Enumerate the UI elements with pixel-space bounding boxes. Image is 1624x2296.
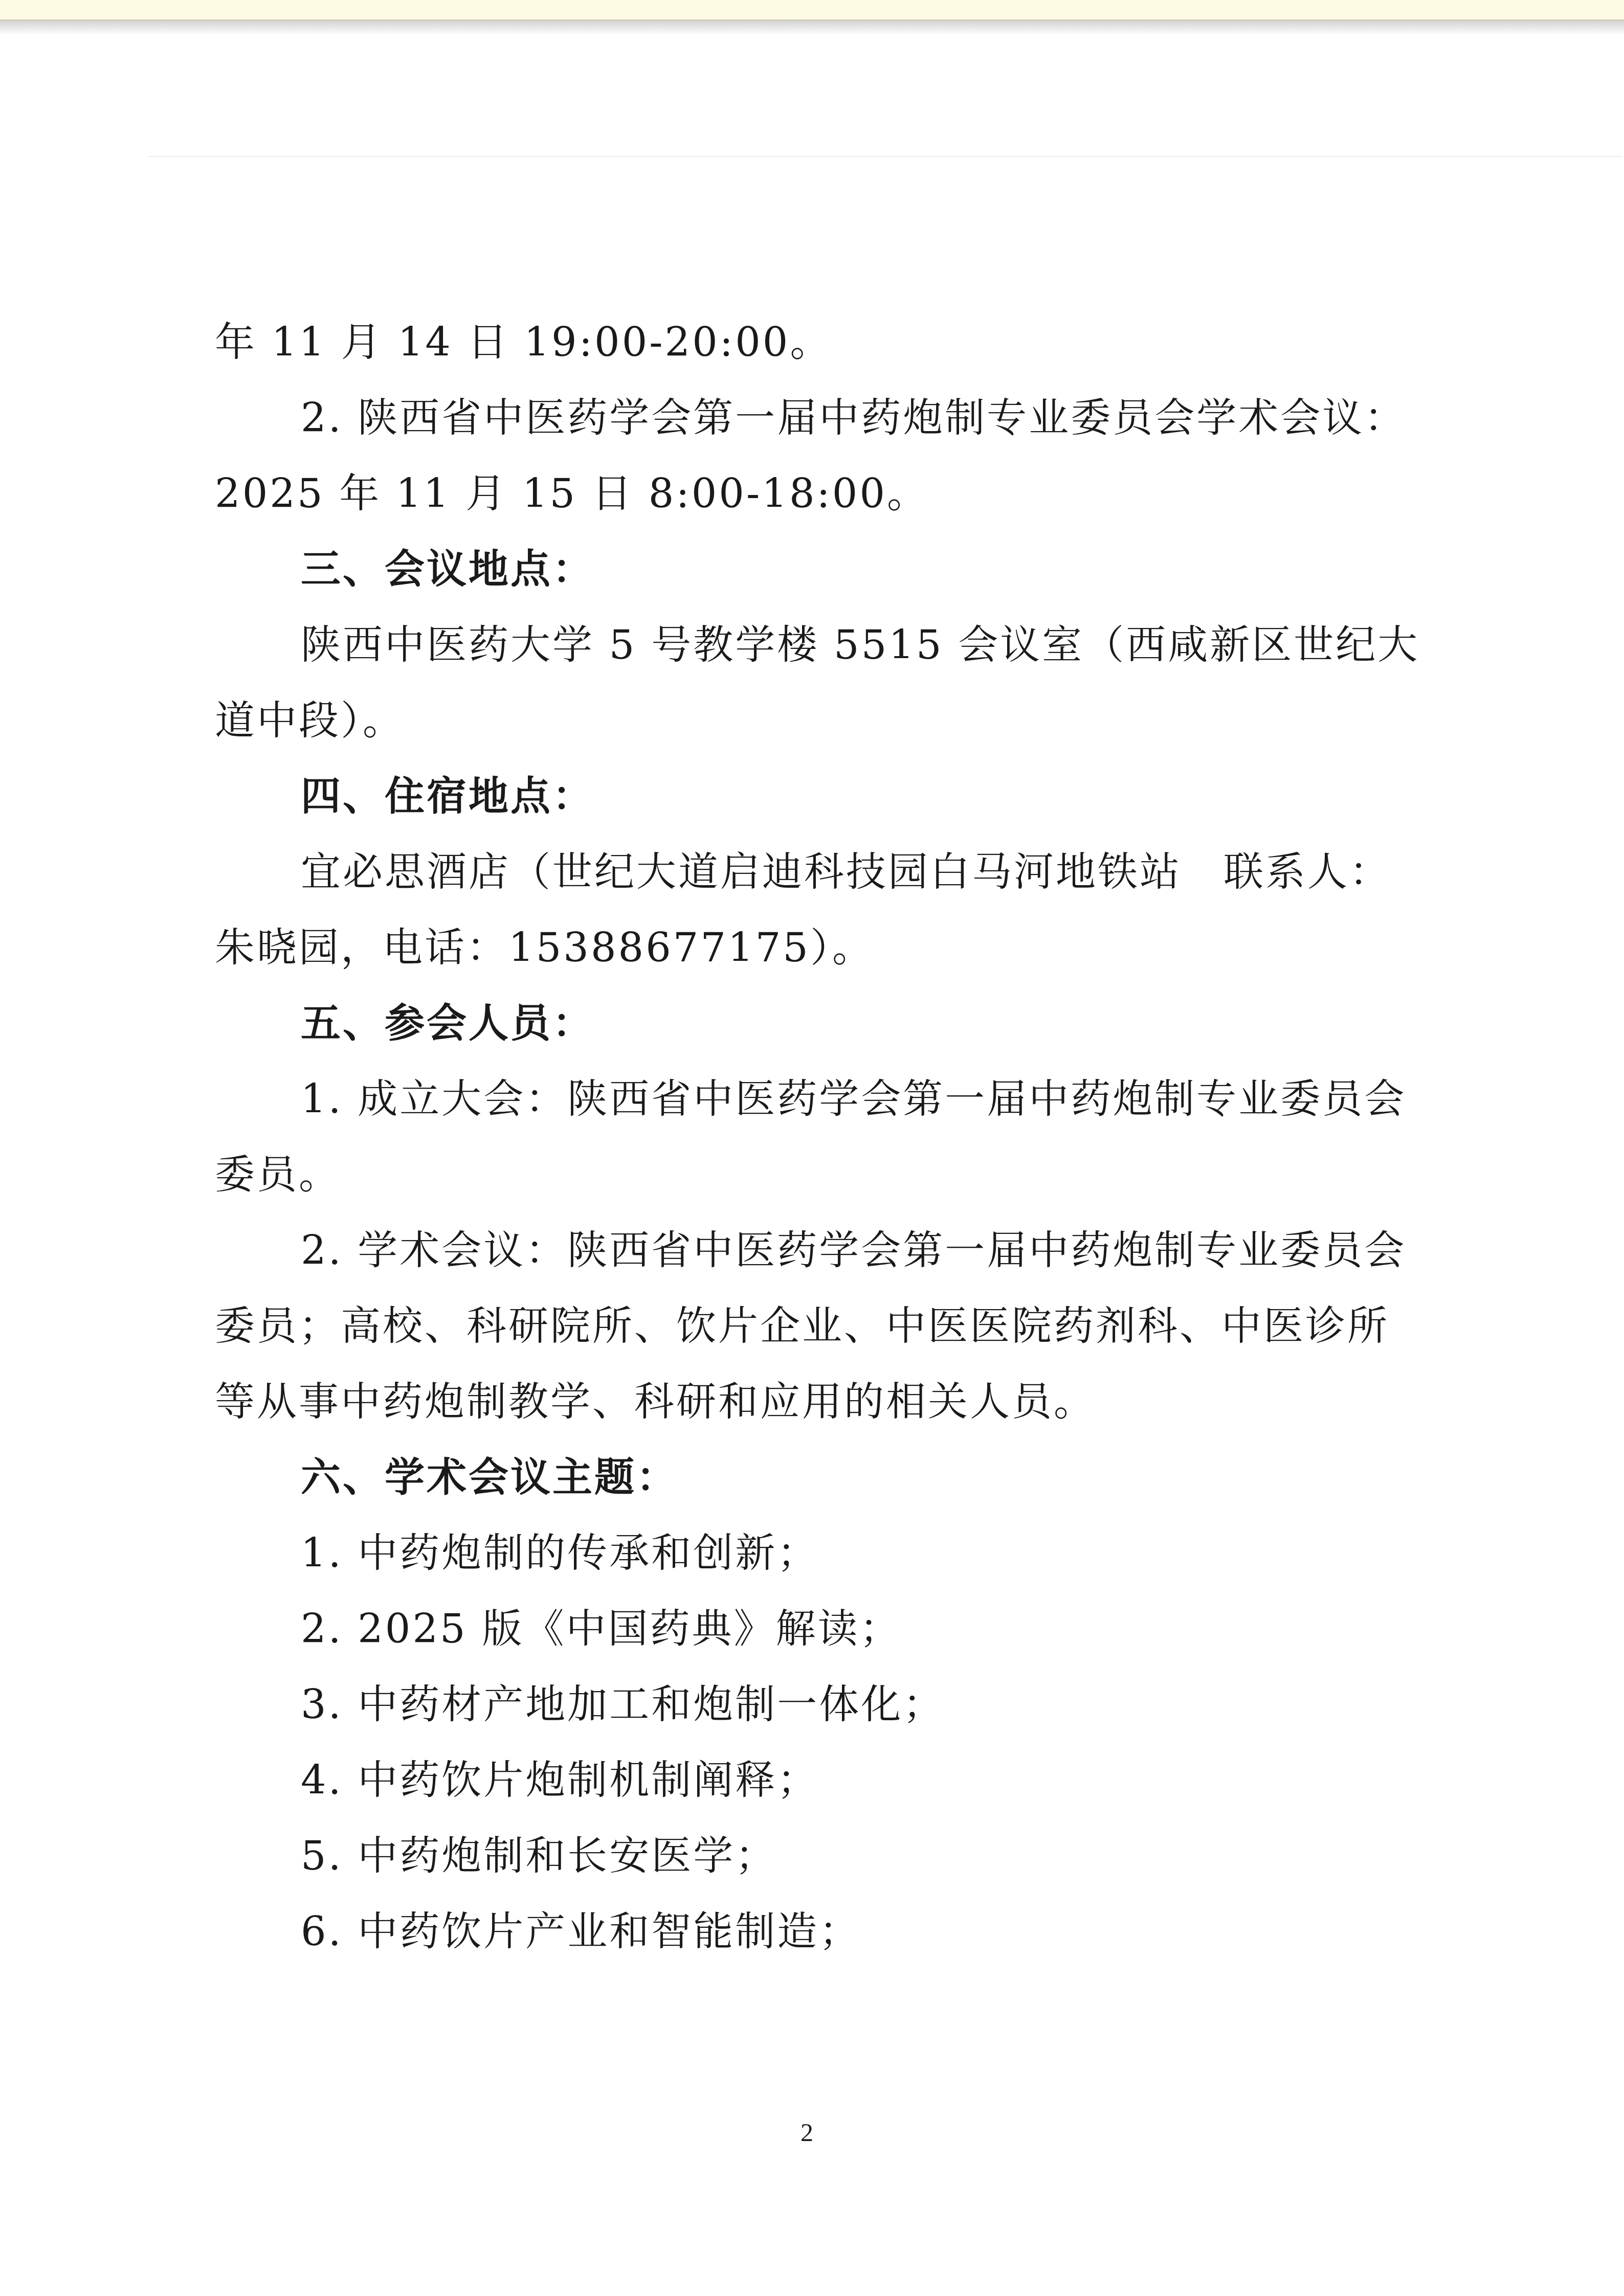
text-line: 委员。 [215,1150,341,1201]
list-item-theme: 1. 中药炮制的传承和创新； [301,1528,819,1579]
section-heading-venue: 三、会议地点： [301,544,594,595]
text-line: 朱晓园，电话：15388677175）。 [215,922,874,974]
text-line: 陕西中医药大学 5 号教学楼 5515 会议室（西咸新区世纪大 [301,620,1419,671]
text-line: 2025 年 11 月 15 日 8:00-18:00。 [215,468,929,520]
text-line: 1. 成立大会：陕西省中医药学会第一届中药炮制专业委员会 [301,1074,1406,1125]
scan-paper-edge [0,19,1624,35]
page-number: 2 [800,2117,813,2148]
scan-top-strip [0,0,1624,21]
list-item-theme: 3. 中药材产地加工和炮制一体化； [301,1679,945,1730]
text-line: 道中段）。 [215,695,405,747]
scan-artifact-line [148,156,1621,157]
text-line: 委员；高校、科研院所、饮片企业、中医医院药剂科、中医诊所 [215,1301,1389,1352]
list-item-theme: 2. 2025 版《中国药典》解读； [301,1604,902,1655]
text-line: 年 11 月 14 日 19:00-20:00。 [215,317,832,368]
section-heading-attendees: 五、参会人员： [301,998,594,1049]
list-item-theme: 6. 中药饮片产业和智能制造； [301,1906,861,1957]
list-item-theme: 4. 中药饮片炮制机制阐释； [301,1755,819,1806]
list-item-theme: 5. 中药炮制和长安医学； [301,1831,777,1882]
text-line: 等从事中药炮制教学、科研和应用的相关人员。 [215,1377,1096,1428]
text-line: 2. 陕西省中医药学会第一届中药炮制专业委员会学术会议： [301,393,1406,444]
section-heading-themes: 六、学术会议主题： [301,1452,678,1503]
section-heading-accommodation: 四、住宿地点： [301,771,594,822]
text-line: 宜必思酒店（世纪大道启迪科技园白马河地铁站 联系人： [301,847,1391,898]
text-line: 2. 学术会议：陕西省中医药学会第一届中药炮制专业委员会 [301,1225,1406,1276]
